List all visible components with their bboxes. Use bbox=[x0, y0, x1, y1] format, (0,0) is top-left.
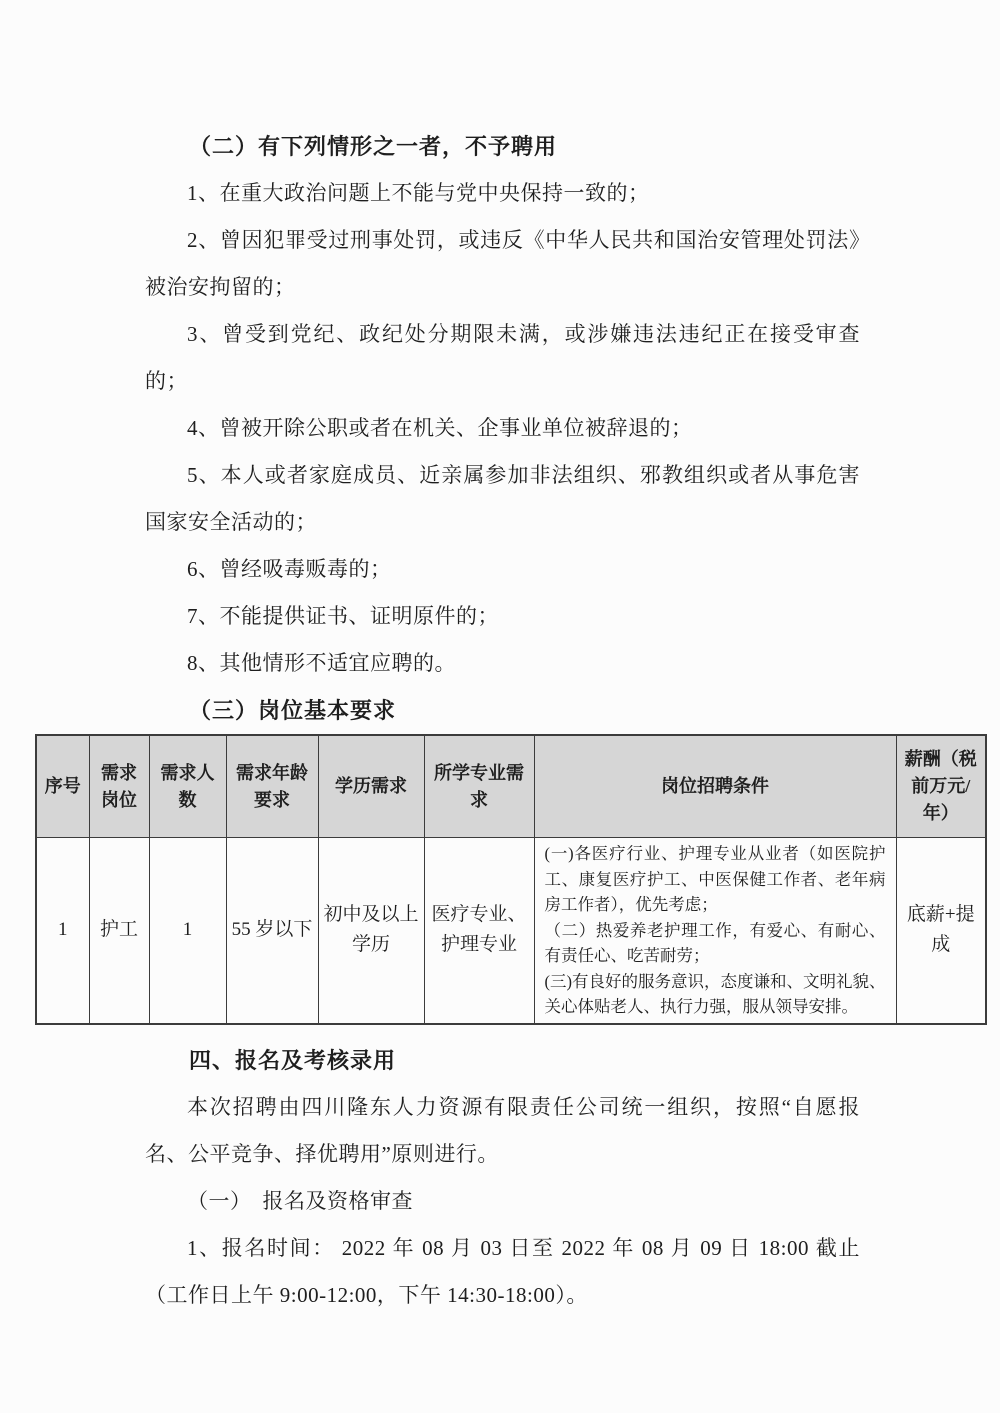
requirements-table: 序号 需求岗位 需求人数 需求年龄要求 学历需求 所学专业需求 岗位招聘条件 薪… bbox=[35, 734, 987, 1025]
col-header-age: 需求年龄要求 bbox=[226, 735, 318, 838]
cell-major: 医疗专业、护理专业 bbox=[424, 838, 534, 1024]
cell-salary: 底薪+提成 bbox=[896, 838, 986, 1024]
exclusion-item-7: 7、不能提供证书、证明原件的； bbox=[145, 593, 860, 640]
section-registration: 四、报名及考核录用 本次招聘由四川隆东人力资源有限责任公司统一组织，按照“自愿报… bbox=[145, 1037, 860, 1319]
col-header-count: 需求人数 bbox=[149, 735, 226, 838]
col-header-seq: 序号 bbox=[36, 735, 89, 838]
registration-time-paragraph: 1、报名时间： 2022 年 08 月 03 日至 2022 年 08 月 09… bbox=[145, 1225, 860, 1319]
table-header-row: 序号 需求岗位 需求人数 需求年龄要求 学历需求 所学专业需求 岗位招聘条件 薪… bbox=[36, 735, 986, 838]
col-header-major: 所学专业需求 bbox=[424, 735, 534, 838]
exclusion-item-8: 8、其他情形不适宜应聘的。 bbox=[145, 640, 860, 687]
condition-line-3: (三)有良好的服务意识，态度谦和、文明礼貌、关心体贴老人、执行力强，服从领导安排… bbox=[545, 969, 886, 1020]
section-3-heading: （三）岗位基本要求 bbox=[145, 687, 860, 734]
exclusion-item-5: 5、本人或者家庭成员、近亲属参加非法组织、邪教组织或者从事危害国家安全活动的； bbox=[145, 452, 860, 546]
cell-seq: 1 bbox=[36, 838, 89, 1024]
exclusion-item-4: 4、曾被开除公职或者在机关、企事业单位被辞退的； bbox=[145, 405, 860, 452]
subsection-1-heading: （一） 报名及资格审查 bbox=[145, 1178, 860, 1225]
condition-line-2: （二）热爱养老护理工作，有爱心、有耐心、有责任心、吃苦耐劳； bbox=[545, 918, 886, 969]
col-header-education: 学历需求 bbox=[318, 735, 424, 838]
col-header-salary: 薪酬（税前万元/年） bbox=[896, 735, 986, 838]
cell-position: 护工 bbox=[89, 838, 149, 1024]
exclusion-item-6: 6、曾经吸毒贩毒的； bbox=[145, 546, 860, 593]
cell-count: 1 bbox=[149, 838, 226, 1024]
exclusion-item-1: 1、在重大政治问题上不能与党中央保持一致的； bbox=[145, 170, 860, 217]
col-header-position: 需求岗位 bbox=[89, 735, 149, 838]
section-4-heading: 四、报名及考核录用 bbox=[145, 1037, 860, 1084]
exclusion-item-2: 2、曾因犯罪受过刑事处罚，或违反《中华人民共和国治安管理处罚法》被治安拘留的； bbox=[145, 217, 860, 311]
section-exclusions: （二）有下列情形之一者，不予聘用 1、在重大政治问题上不能与党中央保持一致的； … bbox=[145, 123, 860, 734]
exclusion-item-3: 3、曾受到党纪、政纪处分期限未满，或涉嫌违法违纪正在接受审查的； bbox=[145, 311, 860, 405]
section-2-heading: （二）有下列情形之一者，不予聘用 bbox=[145, 123, 860, 170]
document-page: （二）有下列情形之一者，不予聘用 1、在重大政治问题上不能与党中央保持一致的； … bbox=[0, 0, 1000, 1413]
cell-education: 初中及以上学历 bbox=[318, 838, 424, 1024]
table-row: 1 护工 1 55 岁以下 初中及以上学历 医疗专业、护理专业 (一)各医疗行业… bbox=[36, 838, 986, 1024]
organizer-paragraph: 本次招聘由四川隆东人力资源有限责任公司统一组织，按照“自愿报名、公平竞争、择优聘… bbox=[145, 1084, 860, 1178]
cell-age: 55 岁以下 bbox=[226, 838, 318, 1024]
cell-conditions: (一)各医疗行业、护理专业从业者（如医院护工、康复医疗护工、中医保健工作者、老年… bbox=[534, 838, 896, 1024]
col-header-conditions: 岗位招聘条件 bbox=[534, 735, 896, 838]
condition-line-1: (一)各医疗行业、护理专业从业者（如医院护工、康复医疗护工、中医保健工作者、老年… bbox=[545, 841, 886, 918]
